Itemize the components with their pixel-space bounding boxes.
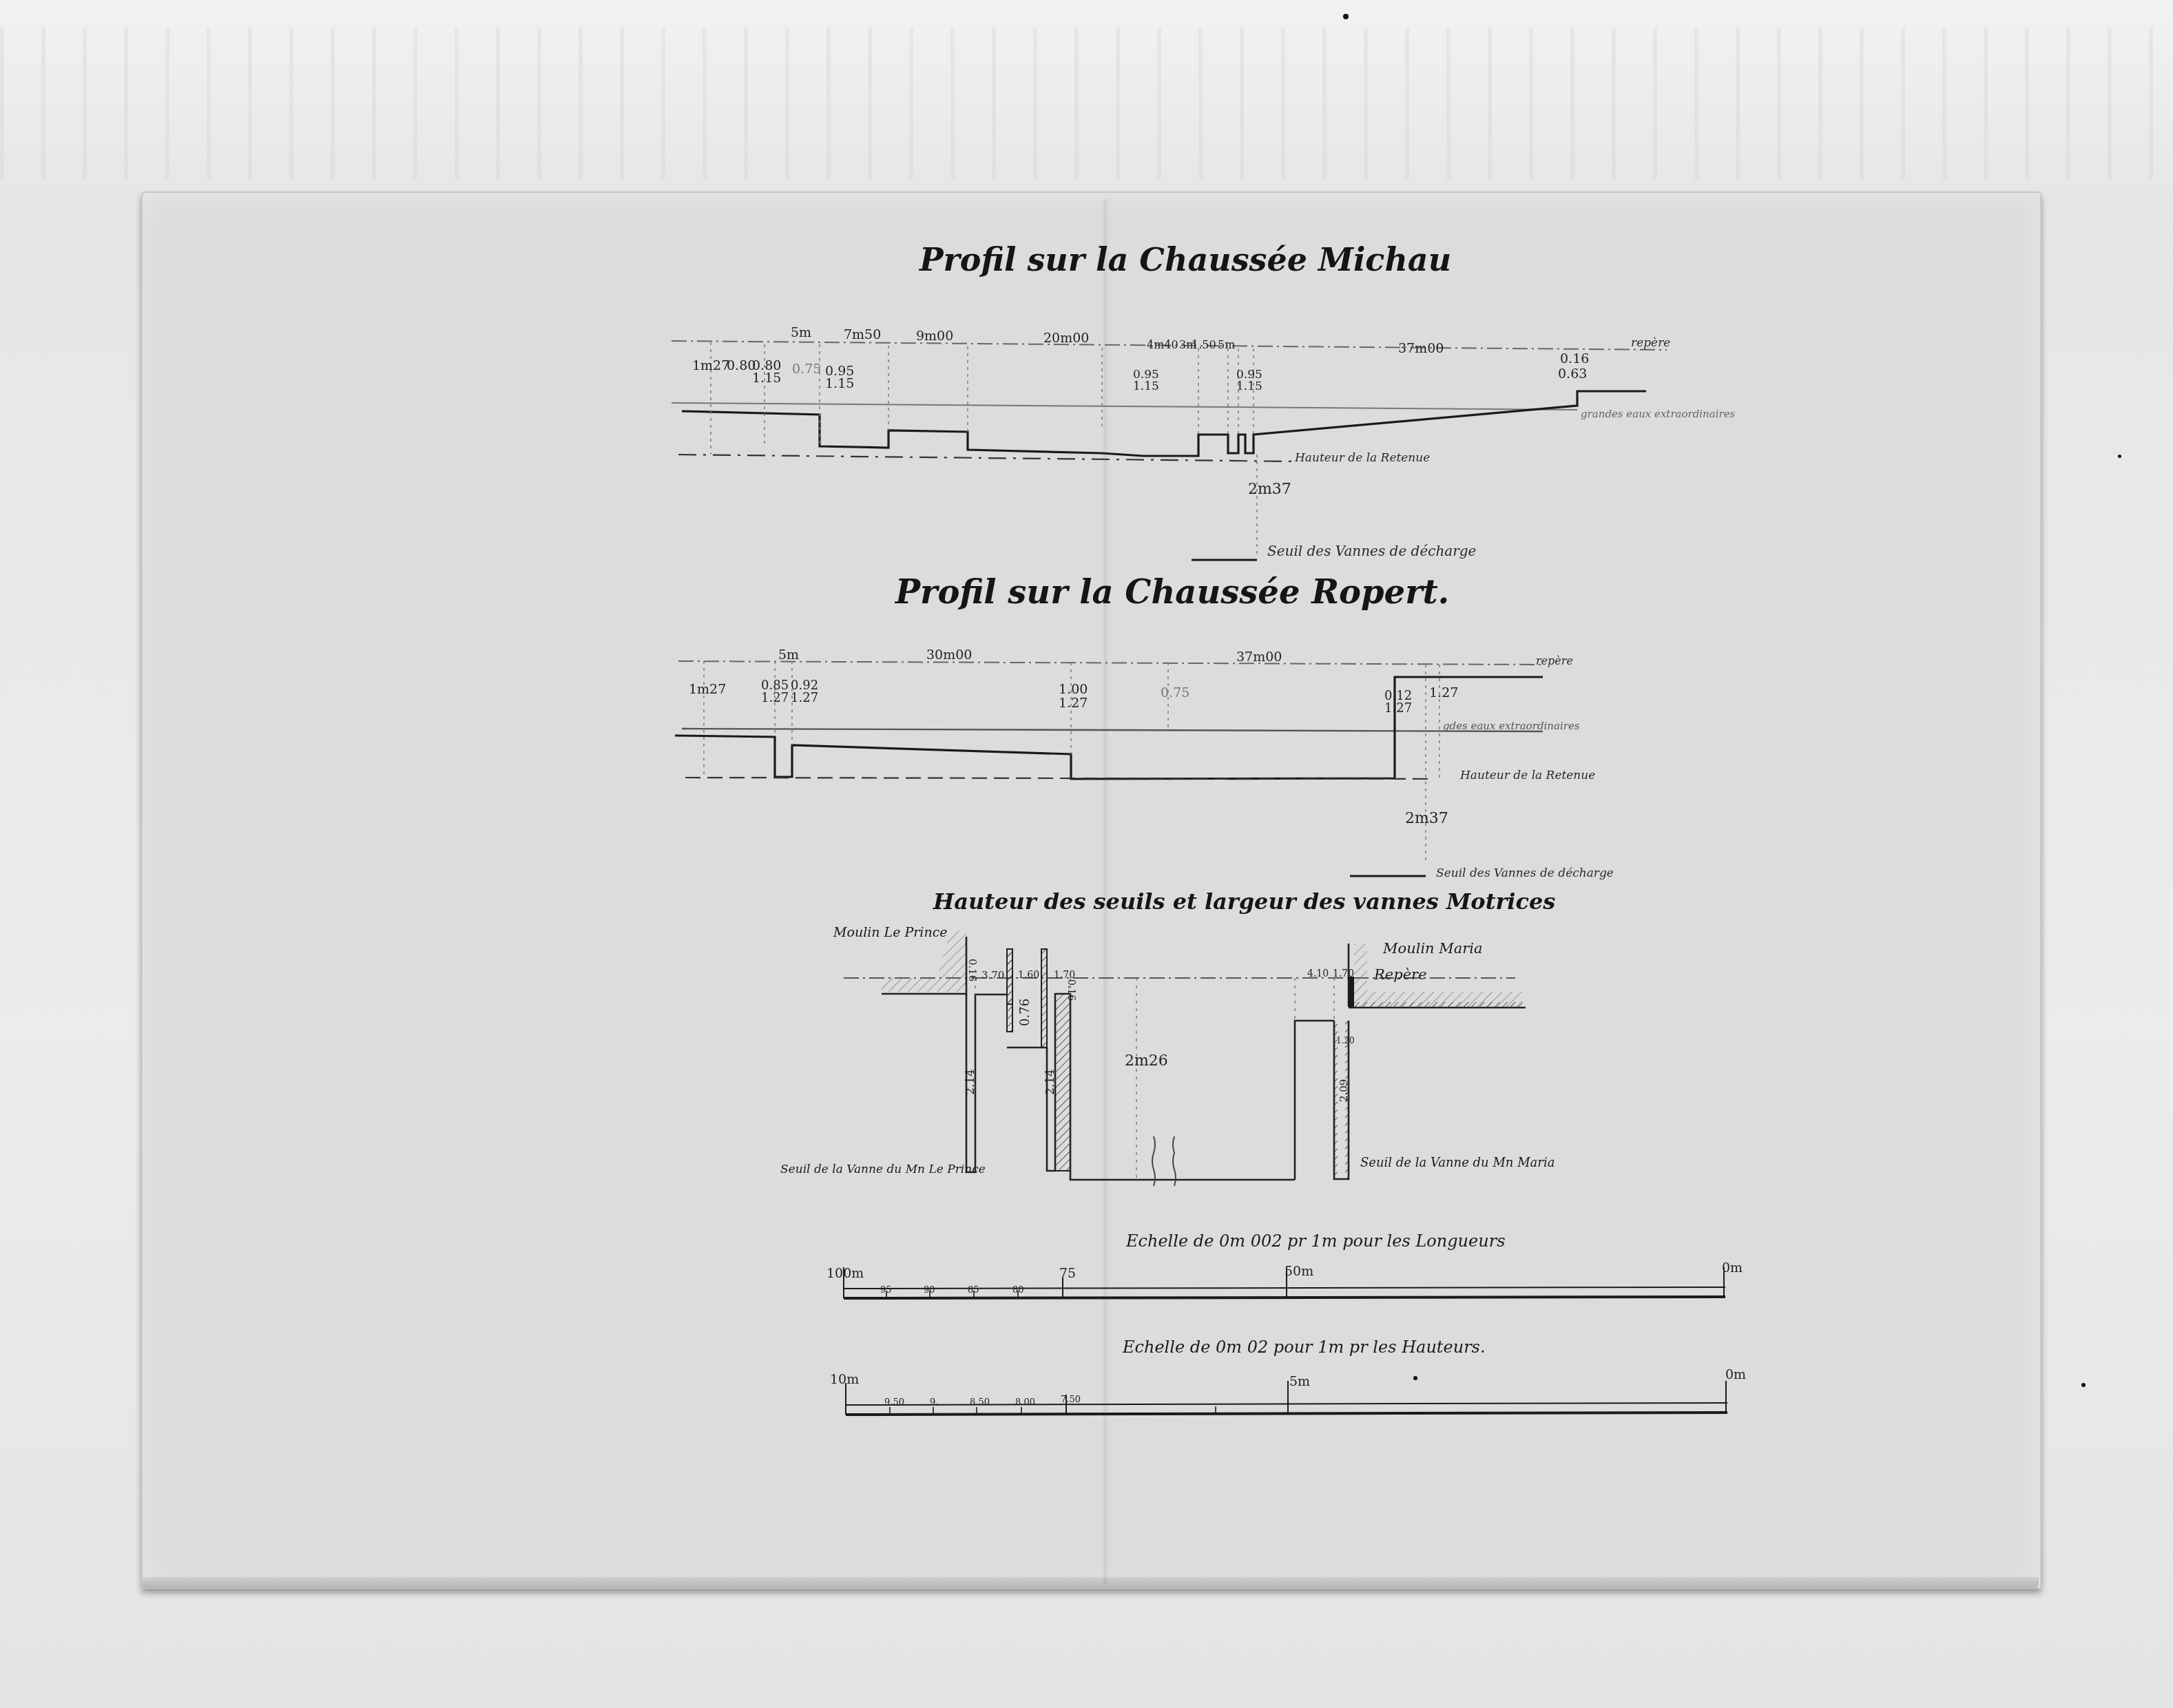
scale-lengths-title: Echelle de 0m 002 pr 1m pour les Longueu… xyxy=(1126,1231,1506,1251)
michaud-length-5: 4m40 xyxy=(1147,337,1178,353)
michaud-length-8: 5m xyxy=(1218,337,1235,353)
michaud-length-2: 7m50 xyxy=(844,327,881,342)
michaud-height-5b: 1.15 xyxy=(825,376,854,391)
ropert-height-4a: 1.00 xyxy=(1059,682,1088,697)
scale-lengths-tick-75: 75 xyxy=(1059,1266,1076,1281)
scale-lengths-tick-95: 95 xyxy=(880,1283,892,1298)
dim-2-26: 2m26 xyxy=(1125,1054,1168,1069)
michaud-height-1: 1m27 xyxy=(692,358,729,373)
dim-1-60: 1.60 xyxy=(1018,968,1039,983)
seuil-prince-label: Seuil de la Vanne du Mn Le Prince xyxy=(780,1163,986,1176)
michaud-grandes-eaux-label: grandes eaux extraordinaires xyxy=(1581,408,1735,420)
michaud-length-7: 1.50 xyxy=(1192,337,1216,353)
ropert-hauteur-retenue-label: Hauteur de la Retenue xyxy=(1460,769,1595,782)
ropert-height-3b: 1.27 xyxy=(791,691,818,706)
michaud-length-4: 20m00 xyxy=(1043,331,1089,346)
michaud-length-3: 9m00 xyxy=(916,329,953,344)
michaud-height-7b: 1.15 xyxy=(1236,379,1262,394)
scale-heights-tick-5: 5m xyxy=(1289,1374,1310,1389)
dim-0-16-left: 0.16 xyxy=(965,959,980,981)
scale-heights-tick-7-50: 7.50 xyxy=(1061,1393,1081,1408)
scale-lengths-tick-50: 50m xyxy=(1285,1264,1313,1279)
michaud-length-1: 5m xyxy=(791,325,811,340)
dim-4-10: 4.10 xyxy=(1307,966,1329,981)
scale-heights-tick-9-50: 9.50 xyxy=(884,1395,904,1410)
michaud-seuil-label: Seuil des Vannes de décharge xyxy=(1267,543,1476,559)
scale-lengths-tick-0: 0m xyxy=(1722,1260,1743,1275)
scale-lengths-tick-90: 90 xyxy=(924,1283,935,1298)
scan-speck xyxy=(2118,455,2121,458)
ropert-repere-label: repère xyxy=(1536,654,1573,667)
ropert-seuil-label: Seuil des Vannes de décharge xyxy=(1436,866,1614,880)
moulin-maria-label: Moulin Maria xyxy=(1383,940,1483,957)
ropert-length-3: 37m00 xyxy=(1236,649,1282,665)
michaud-depth: 2m37 xyxy=(1248,482,1291,497)
scale-heights-tick-8-50: 8.50 xyxy=(970,1395,990,1410)
ropert-length-1: 5m xyxy=(778,647,799,663)
michaud-length-9: 37m00 xyxy=(1398,341,1444,356)
scale-heights-title: Echelle de 0m 02 pour 1m pr les Hauteurs… xyxy=(1123,1337,1486,1357)
michaud-height-8a: 0.16 xyxy=(1560,351,1589,366)
scan-speck xyxy=(1413,1376,1417,1380)
dim-2-14-left: 2.14 xyxy=(963,1069,978,1095)
ropert-height-1: 1m27 xyxy=(689,682,726,697)
scale-heights-tick-0: 0m xyxy=(1725,1367,1746,1382)
dim-1-20: 1.20 xyxy=(1336,1033,1355,1048)
scale-heights-tick-10: 10m xyxy=(830,1372,859,1387)
moulin-prince-label: Moulin Le Prince xyxy=(833,925,948,940)
michaud-repere-label: repère xyxy=(1631,336,1670,350)
seuil-maria-label: Seuil de la Vanne du Mn Maria xyxy=(1360,1156,1555,1170)
ropert-length-2: 30m00 xyxy=(926,647,972,663)
dim-2-09: 2.09 xyxy=(1336,1079,1351,1102)
ropert-height-4b: 1.27 xyxy=(1059,696,1088,711)
ropert-height-5: 0.75 xyxy=(1161,685,1189,700)
dim-1-70-right: 1.70 xyxy=(1333,966,1354,981)
scale-lengths-tick-80: 80 xyxy=(1012,1283,1024,1298)
michaud-height-2: 0.80 xyxy=(727,358,756,373)
dim-2-14-right: 2.14 xyxy=(1043,1069,1058,1095)
ropert-depth: 2m37 xyxy=(1405,811,1448,826)
ropert-height-7: 1.27 xyxy=(1429,685,1458,700)
michaud-height-6b: 1.15 xyxy=(1133,379,1159,394)
dim-0-16-right: 0.16 xyxy=(1063,979,1079,1001)
michaud-height-8b: 0.63 xyxy=(1558,366,1587,382)
vannes-motrices-title: Hauteur des seuils et largeur des vannes… xyxy=(933,888,1555,915)
profile-michaud-title: Profil sur la Chaussée Michau xyxy=(919,241,1451,278)
scale-heights-tick-8: 8.00 xyxy=(1015,1395,1035,1410)
ropert-height-6b: 1.27 xyxy=(1384,701,1412,716)
michaud-height-4: 0.75 xyxy=(792,362,821,377)
scale-lengths-tick-100: 100m xyxy=(826,1266,864,1281)
repere-label: Repère xyxy=(1374,966,1427,983)
michaud-height-3b: 1.15 xyxy=(752,371,781,386)
michaud-hauteur-retenue-label: Hauteur de la Retenue xyxy=(1295,451,1430,465)
profile-ropert-title: Profil sur la Chaussée Ropert. xyxy=(895,573,1449,612)
dim-3-70: 3.70 xyxy=(981,968,1004,983)
dim-0-76: 0.76 xyxy=(1018,999,1033,1026)
scan-speck xyxy=(2081,1383,2086,1387)
ropert-height-2b: 1.27 xyxy=(761,691,789,706)
scale-lengths-tick-85: 85 xyxy=(968,1283,979,1298)
scale-heights-tick-9: 9. xyxy=(930,1395,938,1410)
scan-speck xyxy=(1343,14,1349,19)
ropert-grandes-eaux-label: gdes eaux extraordinaires xyxy=(1443,720,1579,732)
